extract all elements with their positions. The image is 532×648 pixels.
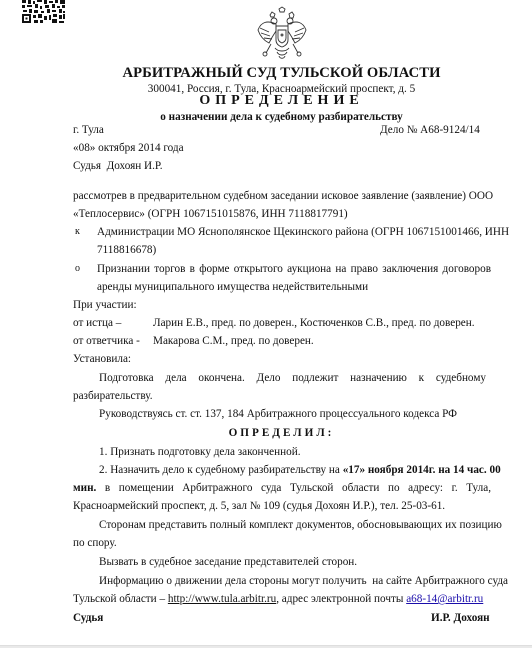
decision-date: «08» октября 2014 года	[73, 141, 184, 155]
subject-line-1: Признании торгов в форме открытого аукци…	[97, 262, 491, 276]
subject-line-2: аренды муниципального имущества недейств…	[97, 280, 368, 294]
defendant-role: от ответчика -	[73, 334, 140, 348]
plaintiff-role: от истца –	[73, 316, 121, 330]
summon-representatives: Вызвать в судебное заседание представите…	[99, 555, 357, 569]
court-name: АРБИТРАЖНЫЙ СУД ТУЛЬСКОЙ ОБЛАСТИ	[0, 66, 532, 80]
document-type-title: ОПРЕДЕЛЕНИЕ	[0, 94, 532, 108]
order-item-2-line-2: мин. в помещении Арбитражного суда Тульс…	[73, 481, 491, 495]
intro-line-2: «Теплосервис» (ОГРН 1067151015876, ИНН 7…	[73, 207, 348, 221]
defendant-representatives: Макарова С.М., пред. по доверен.	[153, 334, 314, 348]
document-page: АРБИТРАЖНЫЙ СУД ТУЛЬСКОЙ ОБЛАСТИ 300041,…	[0, 0, 532, 645]
hearing-minutes: мин.	[73, 482, 96, 494]
established-line-1: Подготовка дела окончена. Дело подлежит …	[99, 371, 486, 385]
qr-code-icon	[21, 0, 67, 24]
info-mid: , адрес электронной почты	[276, 593, 406, 605]
signature-label: Судья	[73, 611, 103, 625]
russian-coat-of-arms-icon	[253, 6, 311, 64]
info-line-2: Тульской области – http://www.tula.arbit…	[73, 592, 483, 606]
participants-label: При участии:	[73, 298, 137, 312]
info-prefix: Тульской области –	[73, 593, 168, 605]
parties-instruction-line-2: по спору.	[73, 536, 117, 550]
decided-title: ОПРЕДЕЛИЛ:	[0, 426, 532, 440]
order-item-1: 1. Признать подготовку дела законченной.	[99, 445, 301, 459]
subject-marker: о	[75, 262, 80, 276]
parties-instruction-line-1: Сторонам представить полный комплект док…	[99, 518, 491, 532]
court-email-link[interactable]: a68-14@arbitr.ru	[406, 593, 483, 605]
defendant-line-1: Администрации МО Яснополянское Щекинског…	[97, 225, 491, 239]
order-item-2-line-3: Красноармейский проспект, д. 5, зал № 10…	[73, 499, 445, 513]
defendant-marker: к	[75, 225, 80, 239]
established-label: Установила:	[73, 352, 131, 366]
info-line-1: Информацию о движении дела стороны могут…	[99, 574, 508, 588]
judge-name: Судья Дохоян И.Р.	[73, 159, 163, 173]
intro-line-1: рассмотрев в предварительном судебном за…	[73, 189, 491, 203]
defendant-line-2: 7118816678)	[97, 243, 156, 257]
case-number: Дело № А68-9124/14	[380, 123, 480, 137]
document-subject: о назначении дела к судебному разбирател…	[0, 110, 532, 124]
established-line-2: разбирательству.	[73, 389, 153, 403]
hearing-location: в помещении Арбитражного суда Тульской о…	[96, 482, 491, 494]
signature-name: И.Р. Дохоян	[431, 611, 490, 625]
order-item-2-prefix: 2. Назначить дело к судебному разбирател…	[99, 464, 343, 476]
court-website-link[interactable]: http://www.tula.arbitr.ru	[168, 593, 276, 605]
guided-by: Руководствуясь ст. ст. 137, 184 Арбитраж…	[99, 407, 457, 421]
plaintiff-representatives: Ларин Е.В., пред. по доверен., Костюченк…	[153, 316, 475, 330]
order-item-2-line-1: 2. Назначить дело к судебному разбирател…	[99, 463, 491, 477]
hearing-datetime: «17» ноября 2014г. на 14 час. 00	[343, 464, 501, 476]
city: г. Тула	[73, 123, 104, 137]
